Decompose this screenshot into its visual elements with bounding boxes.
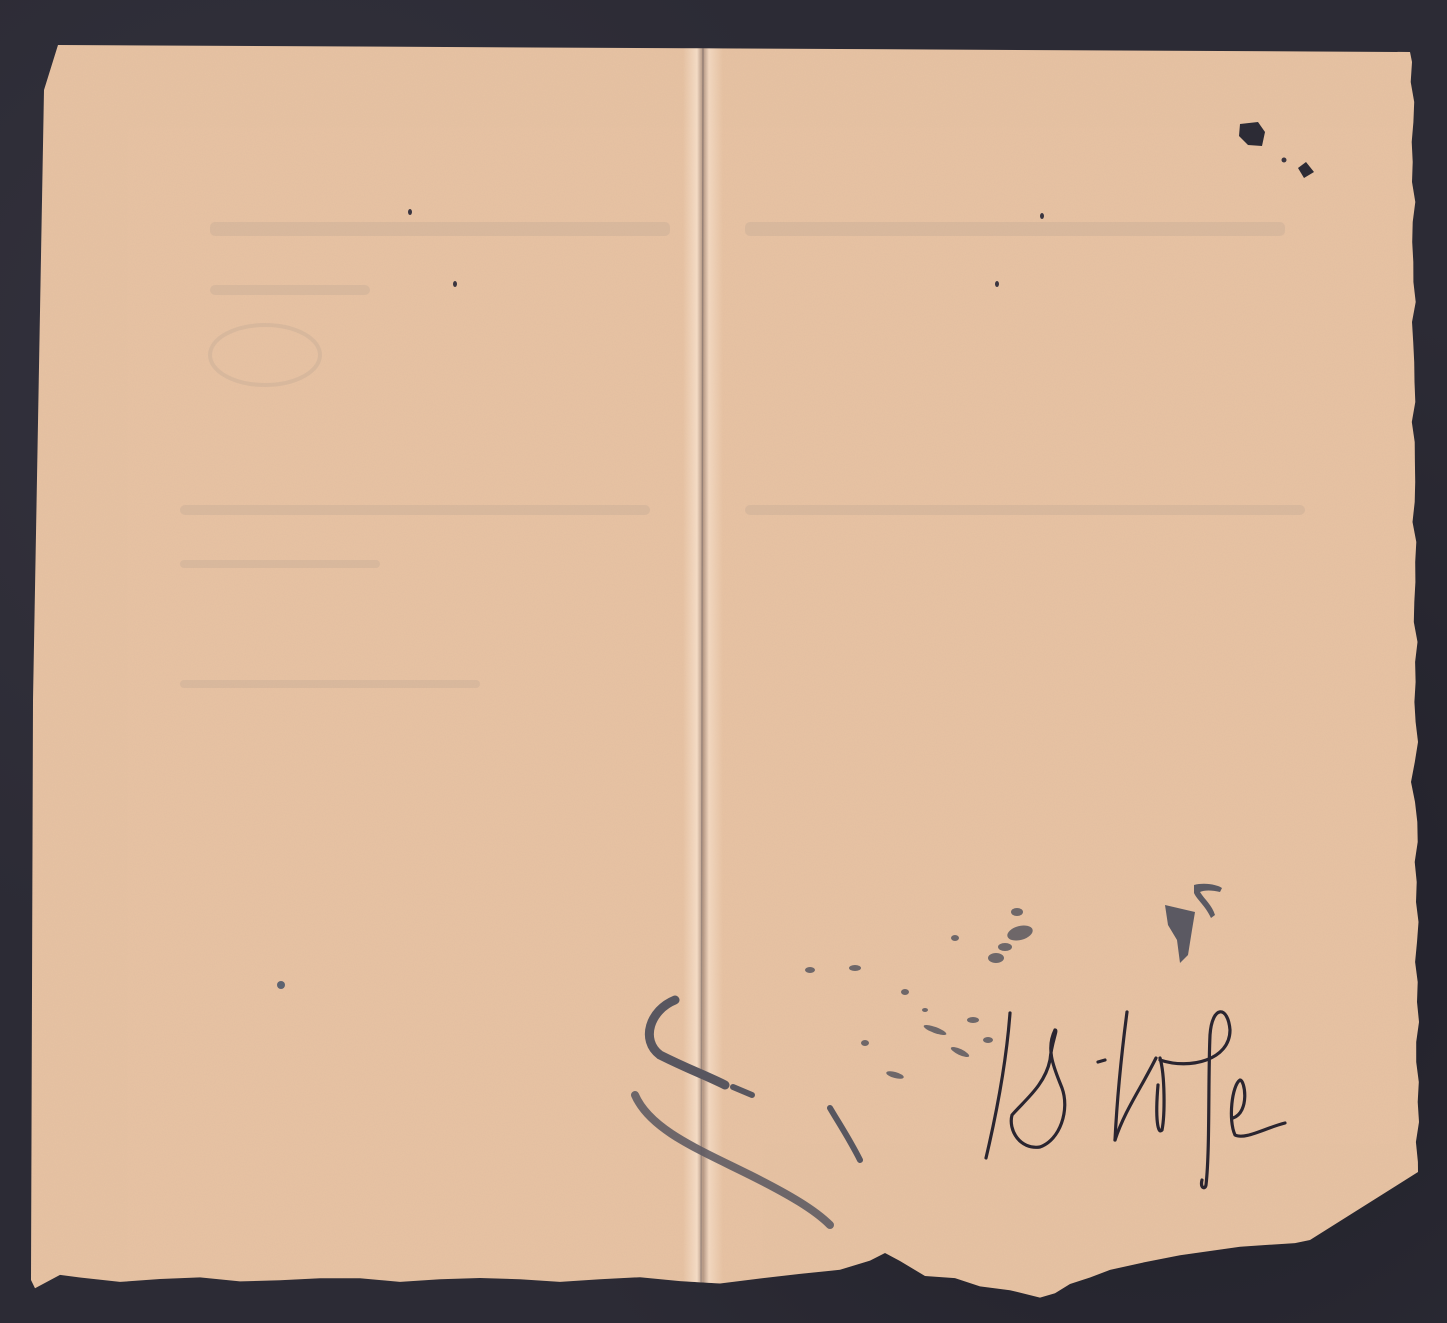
paper-fragment: 18 10 fe [0, 0, 1447, 1323]
ink-dot-left [277, 981, 285, 989]
annotation-text: 18 10 fe [1000, 1192, 1042, 1203]
